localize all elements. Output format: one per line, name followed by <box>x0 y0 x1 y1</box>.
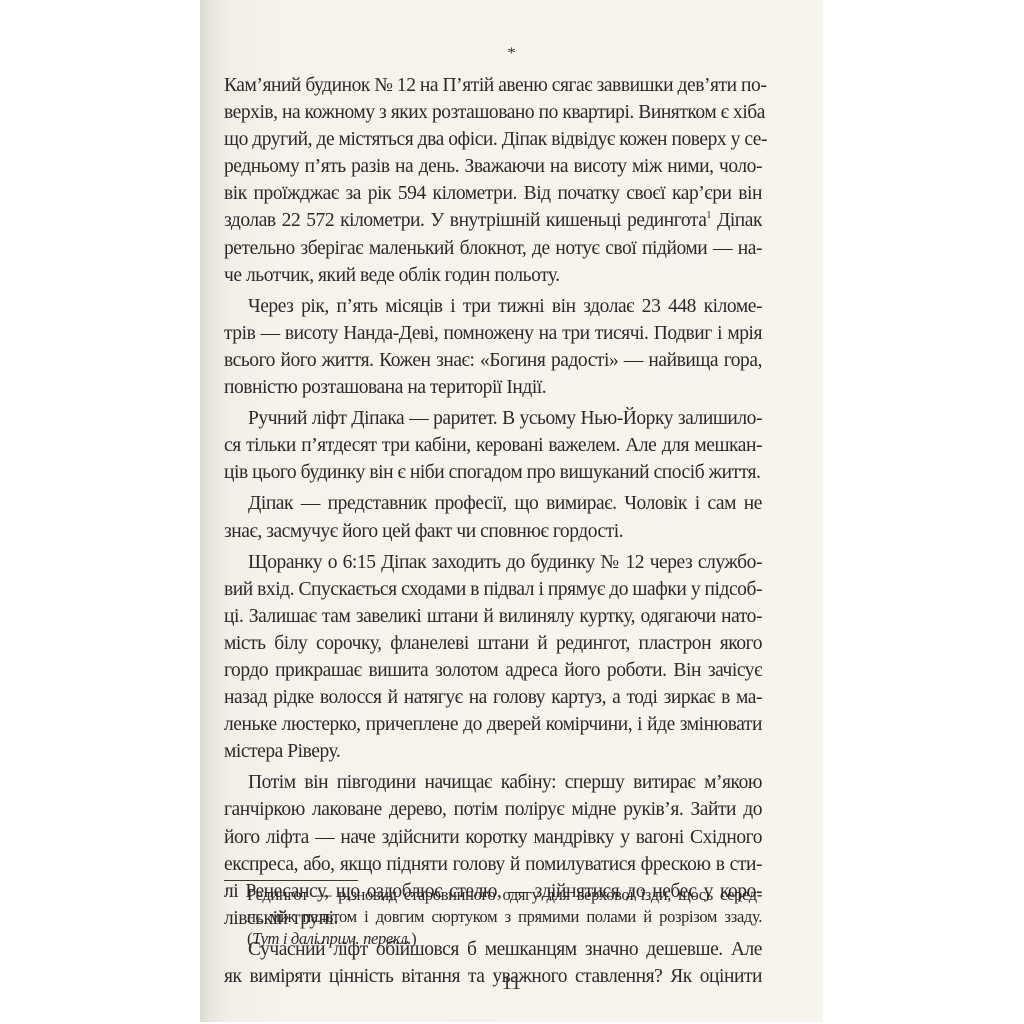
text-line: містера Ріверу. <box>224 738 762 765</box>
text-line: Щоранку о 6:15 Діпак заходить до будинку… <box>224 549 762 576</box>
text-line: леньке люстерко, причеплене до дверей ко… <box>224 711 762 738</box>
footnote-divider <box>224 880 358 881</box>
text-line: ців цього будинку він є ніби спогадом пр… <box>224 459 762 486</box>
paragraph: Через рік, п’ять місяців і три тижні він… <box>224 293 762 401</box>
text-line: Потім він півгодини начищає кабіну: спер… <box>224 769 762 796</box>
text-segment: Діпак <box>711 210 762 231</box>
text-line: ці. Залишає там завеликі штани й вилинял… <box>224 603 762 630</box>
text-line: Ручний ліфт Діпака — раритет. В усьому Н… <box>224 405 762 432</box>
text-line: вік проїжджає за рік 594 кілометри. Від … <box>224 180 762 207</box>
footnote-line: Редингот — різновид старовинного одягу д… <box>224 884 762 906</box>
paragraph: Щоранку о 6:15 Діпак заходить до будинку… <box>224 549 762 766</box>
footnote-marker: 1 <box>224 882 229 904</box>
translator-note-italic: Тут і далі прим. перекл. <box>252 929 411 948</box>
text-line: редньому п’ять разів на день. Зважаючи н… <box>224 153 762 180</box>
text-line: гордо прикрашає вишита золотом адреса йо… <box>224 657 762 684</box>
body-text: Кам’яний будинок № 12 на П’ятій авеню ся… <box>224 72 762 990</box>
text-line: Кам’яний будинок № 12 на П’ятій авеню ся… <box>224 72 762 99</box>
section-break-asterisk: * <box>200 46 823 62</box>
text-line: всього його життя. Кожен знає: «Богиня р… <box>224 347 762 374</box>
text-line: Діпак — представник професії, що вимирає… <box>224 490 762 517</box>
footnote: 1 Редингот — різновид старовинного одягу… <box>224 884 762 950</box>
text-line: вий вхід. Спускається сходами в підвал і… <box>224 576 762 603</box>
text-line-with-footnote: здолав 22 572 кілометри. У внутрішній ки… <box>224 207 762 234</box>
page-number: 11 <box>200 972 823 994</box>
text-line: ся тільки п’ятдесят три кабіни, керовані… <box>224 432 762 459</box>
paragraph: Ручний ліфт Діпака — раритет. В усьому Н… <box>224 405 762 486</box>
text-segment: здолав 22 572 кілометри. У внутрішній ки… <box>224 210 706 231</box>
text-line: мість білу сорочку, фланелеві штани й ре… <box>224 630 762 657</box>
footnote-line: нє між пальтом і довгим сюртуком з прями… <box>224 906 762 928</box>
text-line: ретельно зберігає маленький блокнот, де … <box>224 235 762 262</box>
text-line: трів — висоту Нанда-Деві, помножену на т… <box>224 320 762 347</box>
text-line: його ліфта — наче здійснити коротку манд… <box>224 824 762 851</box>
text-line: назад рідке волосся й натягує на голову … <box>224 684 762 711</box>
text-line: що другий, де містяться два офіси. Діпак… <box>224 126 762 153</box>
footnote-translator-note: (Тут і далі прим. перекл.) <box>224 928 762 950</box>
book-page: * Кам’яний будинок № 12 на П’ятій авеню … <box>200 0 823 1022</box>
text-line: верхів, на кожному з яких розташовано по… <box>224 99 762 126</box>
paragraph: Кам’яний будинок № 12 на П’ятій авеню ся… <box>224 72 762 289</box>
text-line: Через рік, п’ять місяців і три тижні він… <box>224 293 762 320</box>
text-line: експреса, або, якщо підняти голову й пом… <box>224 851 762 878</box>
text-line: повністю розташована на території Індії. <box>224 374 762 401</box>
paragraph: Діпак — представник професії, що вимирає… <box>224 490 762 544</box>
text-line: че льотчик, який веде облік годин польот… <box>224 262 762 289</box>
text-line: знає, засмучує його цей факт чи сповнює … <box>224 518 762 545</box>
text-line: ганчіркою лаковане дерево, потім полірує… <box>224 796 762 823</box>
